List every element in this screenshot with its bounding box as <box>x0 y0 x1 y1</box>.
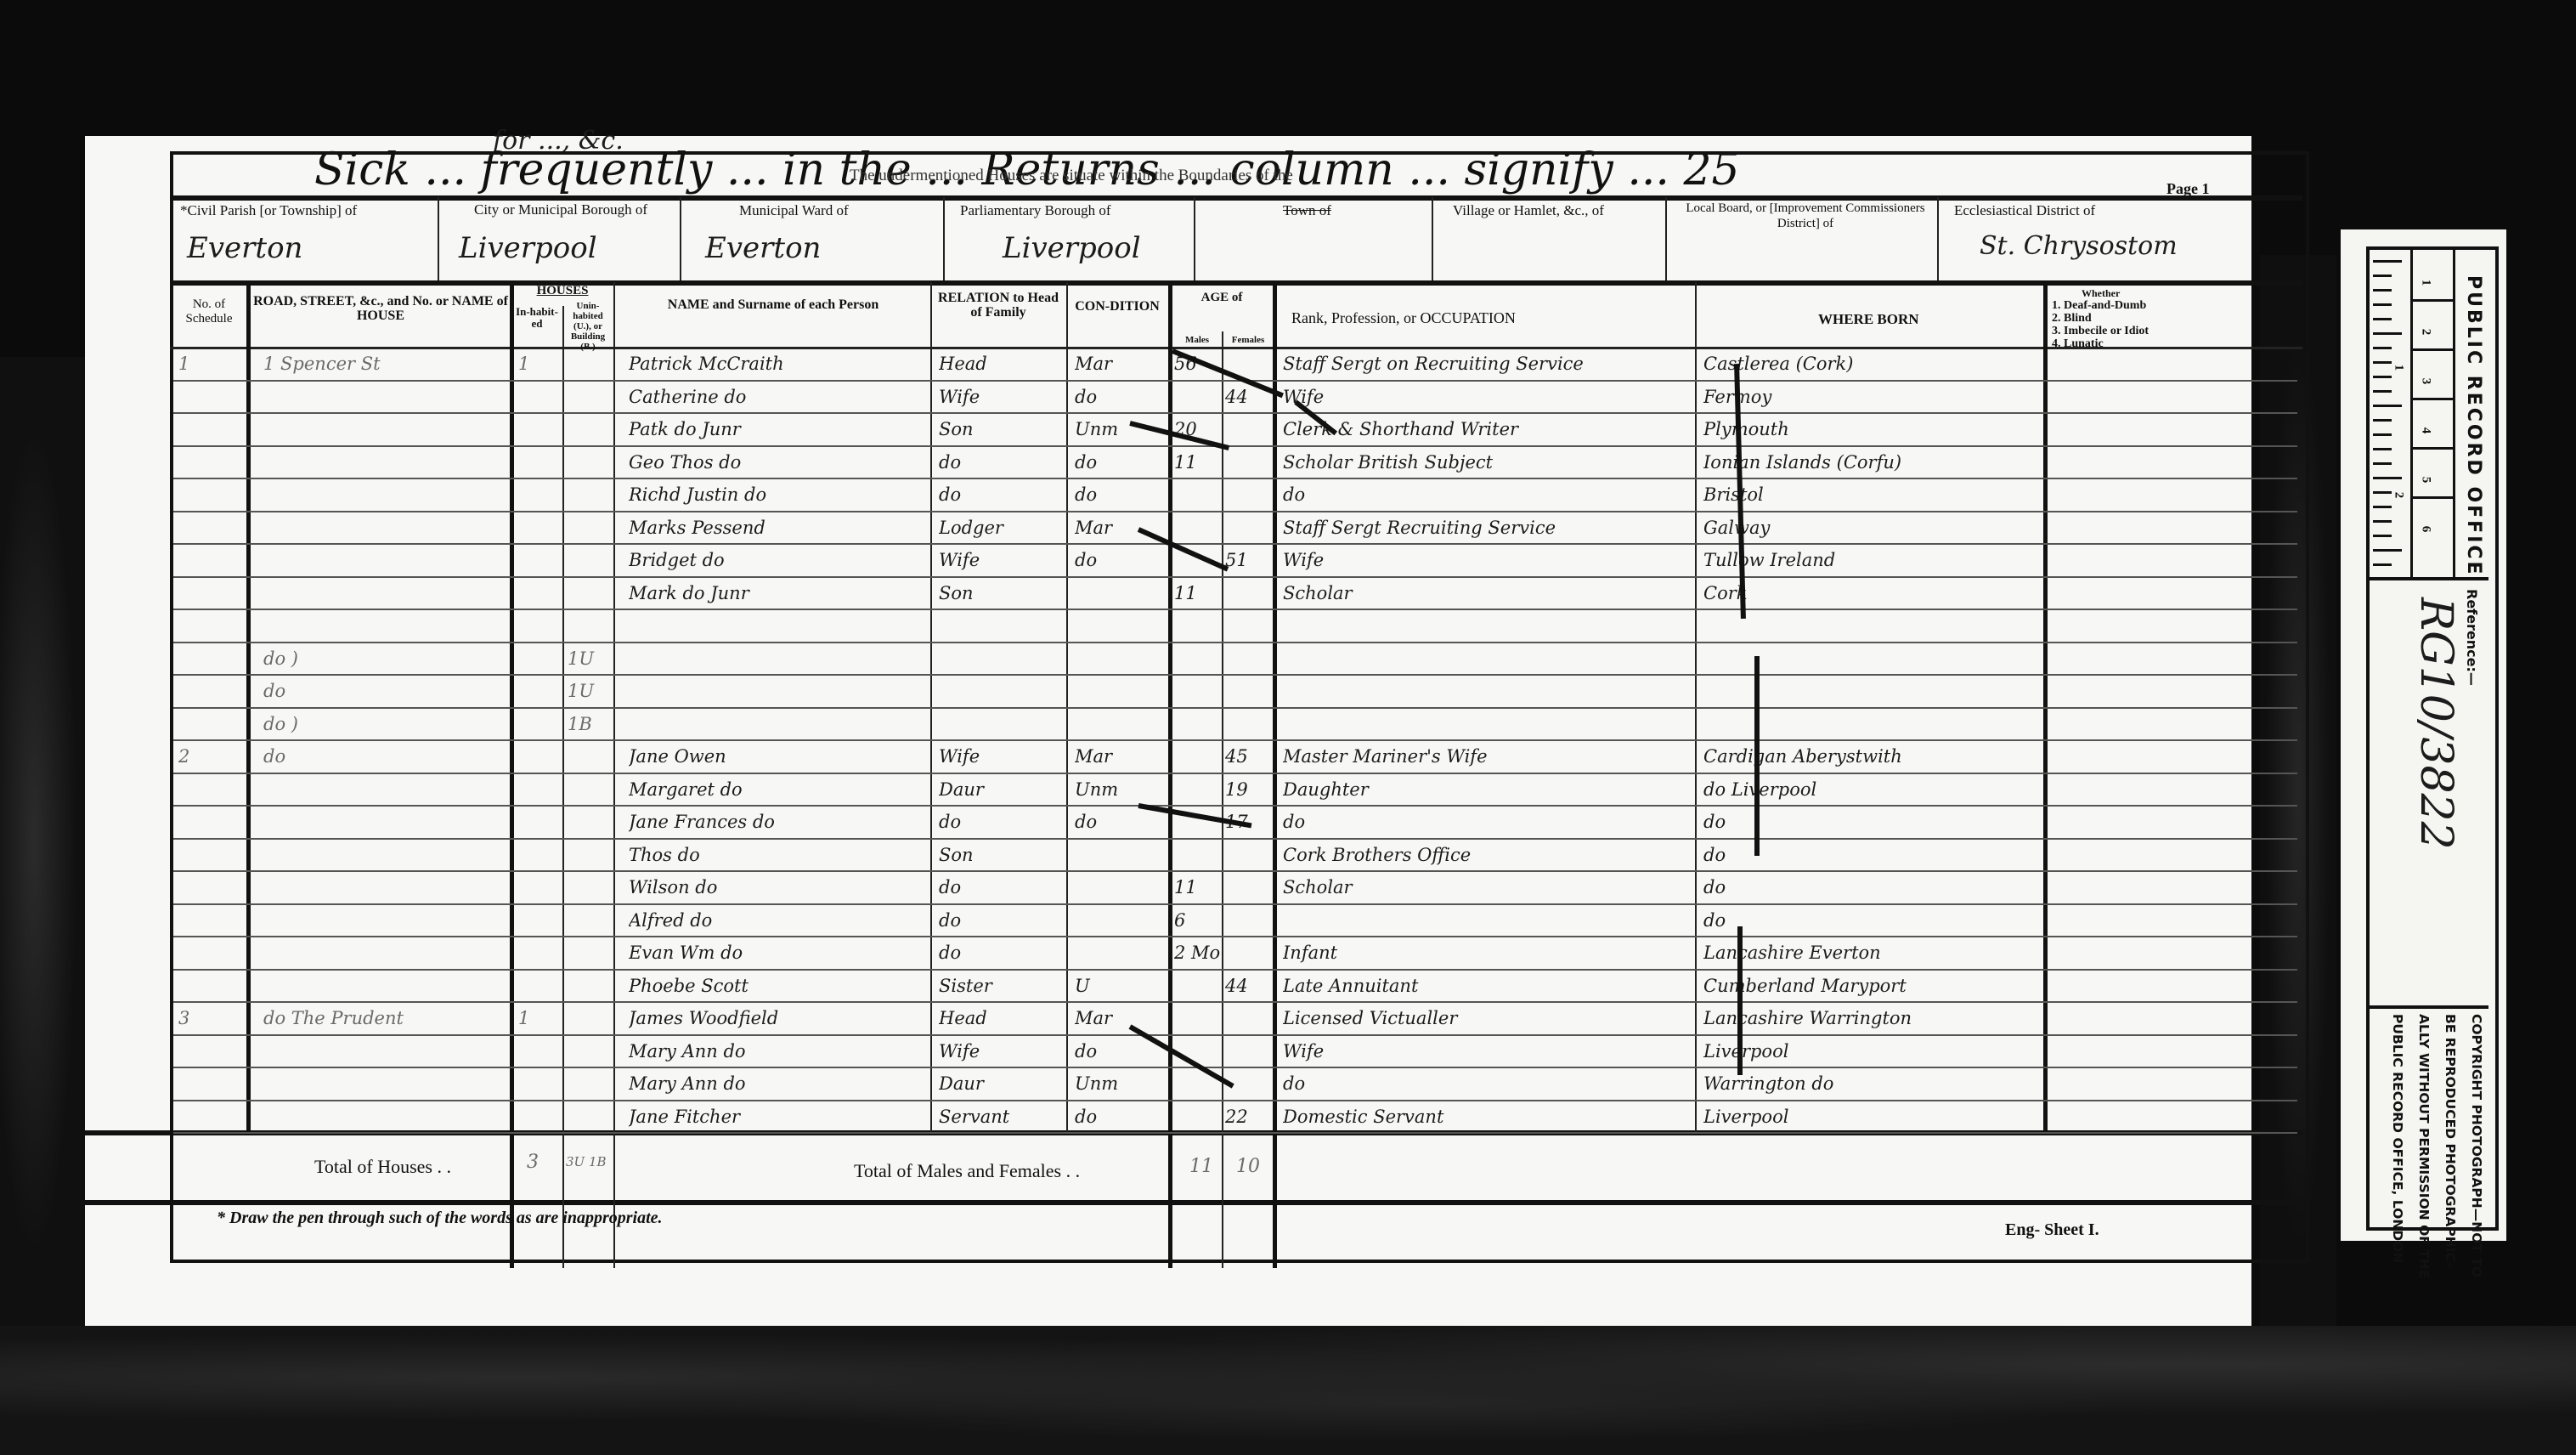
cell-condition: Mar <box>1075 354 1164 374</box>
row-rule <box>173 1067 2297 1068</box>
row-rule <box>173 903 2297 905</box>
location-label-borough: City or Municipal Borough of <box>450 202 671 218</box>
cell-female: 22 <box>1225 1107 1271 1127</box>
cell-occupation: Cork Brothers Office <box>1283 845 1691 865</box>
ruler-tick <box>2373 477 2402 479</box>
cell-inhabited: 1 <box>518 1008 559 1028</box>
cell-condition: do <box>1075 452 1164 473</box>
cell-relation: do <box>939 910 1062 931</box>
cell-occupation: Staff Sergt on Recruiting Service <box>1283 354 1691 374</box>
reference-value: RG10/3822 <box>2410 597 2461 850</box>
reference-strip-frame: 12345612 PUBLIC RECORD OFFICE Reference:… <box>2366 246 2499 1231</box>
location-label-ward: Municipal Ward of <box>739 202 849 219</box>
ruler-tick <box>2373 549 2402 552</box>
location-value-borough: Liverpool <box>459 231 597 265</box>
ruler-inch-label: 2 <box>2391 492 2405 499</box>
cell-condition: U <box>1075 976 1164 996</box>
cell-occupation: Staff Sergt Recruiting Service <box>1283 518 1691 538</box>
cell-born: Warrington do <box>1703 1073 2039 1094</box>
row-rule <box>173 707 2297 709</box>
ruler-tick <box>2373 520 2392 523</box>
col-header-condition: CON-DITION <box>1071 299 1164 314</box>
cell-occupation: Licensed Victualler <box>1283 1008 1691 1028</box>
row-rule <box>173 1132 2297 1134</box>
ruler-tick <box>2373 462 2392 465</box>
cell-occupation: Clerk & Shorthand Writer <box>1283 419 1691 439</box>
cell-born: do <box>1703 910 2039 931</box>
ruler-cm-mark <box>2412 447 2453 450</box>
cell-occupation: do <box>1283 1073 1691 1094</box>
ruler-tick <box>2373 448 2392 450</box>
location-label-ecclesiastical: Ecclesiastical District of <box>1954 202 2095 219</box>
copyright-box: COPYRIGHT PHOTOGRAPH—NOT TO BE REPRODUCE… <box>2370 1009 2488 1227</box>
cell-inhabited: 1 <box>518 354 559 374</box>
cell-relation: do <box>939 877 1062 897</box>
row-rule <box>173 642 2297 643</box>
ruler-cm-mark <box>2412 496 2453 499</box>
total-persons-label: Total of Males and Females . . <box>854 1160 1080 1182</box>
rule <box>1665 197 1667 280</box>
cell-name: Mary Ann do <box>629 1073 926 1094</box>
cell-occupation: Wife <box>1283 550 1691 570</box>
rule <box>1194 197 1195 280</box>
rule <box>943 197 945 280</box>
ruler-tick <box>2373 535 2392 537</box>
ruler-cm-label: 3 <box>2418 378 2432 385</box>
ruler-tick <box>2373 563 2392 566</box>
cell-female: 51 <box>1225 550 1271 570</box>
col-header-whether: Whether <box>2082 287 2120 300</box>
cell-male: 11 <box>1174 877 1220 897</box>
col-header-relation: RELATION to Head of Family <box>935 291 1062 320</box>
rule <box>170 280 2302 286</box>
cell-uninhabited: 1U <box>568 681 612 701</box>
rule <box>1273 282 1277 1268</box>
whether-item-1: 1. Deaf-and-Dumb <box>2052 299 2146 312</box>
ruler-tick <box>2373 289 2392 292</box>
cell-occupation: Wife <box>1283 387 1691 407</box>
cell-condition: Unm <box>1075 779 1164 800</box>
ruler-tick <box>2373 347 2392 349</box>
location-value-parish: Everton <box>187 231 302 265</box>
rule <box>1937 197 1939 280</box>
cell-condition: Mar <box>1075 746 1164 767</box>
ruler-tick <box>2373 318 2392 320</box>
ruler-cm-mark <box>2412 398 2453 400</box>
cell-relation: Daur <box>939 779 1062 800</box>
cell-name: Thos do <box>629 845 926 865</box>
location-label-town: Town of <box>1283 202 1331 219</box>
cell-condition: do <box>1075 1107 1164 1127</box>
total-houses-uninhabited: 3U 1B <box>566 1154 607 1169</box>
cell-name: Jane Frances do <box>629 812 926 832</box>
cell-occupation: Infant <box>1283 943 1691 963</box>
cell-relation: Lodger <box>939 518 1062 538</box>
col-header-age: AGE of <box>1174 291 1269 305</box>
location-value-parliamentary: Liverpool <box>1003 231 1141 265</box>
cell-relation: Daur <box>939 1073 1062 1094</box>
reference-strip: 12345612 PUBLIC RECORD OFFICE Reference:… <box>2341 229 2506 1241</box>
ruler-tick <box>2373 332 2402 335</box>
row-rule <box>173 805 2297 807</box>
cell-occupation: Late Annuitant <box>1283 976 1691 996</box>
col-header-inhabited: In-habit-ed <box>513 306 561 330</box>
col-header-name: NAME and Surname of each Person <box>629 297 918 312</box>
ruler-cm-label: 5 <box>2418 477 2432 484</box>
cell-road: do ) <box>263 714 506 734</box>
cell-born: Cork <box>1703 583 2039 603</box>
cell-occupation: Domestic Servant <box>1283 1107 1691 1127</box>
row-rule <box>173 478 2297 479</box>
cell-born: Galway <box>1703 518 2039 538</box>
reference-box: Reference:— RG10/3822 <box>2370 580 2488 1009</box>
ruler-tick <box>2373 405 2402 407</box>
cell-born: Lancashire Everton <box>1703 943 2039 963</box>
cell-condition: do <box>1075 484 1164 505</box>
row-rule <box>173 445 2297 447</box>
cell-road: do ) <box>263 648 506 669</box>
location-value-ecclesiastical: St. Chrysostom <box>1980 231 2178 261</box>
row-rule <box>173 838 2297 840</box>
row-rule <box>173 870 2297 872</box>
cell-female: 19 <box>1225 779 1271 800</box>
copyright-line-1: COPYRIGHT PHOTOGRAPH—NOT TO <box>2469 1014 2484 1277</box>
ruler-tick <box>2373 506 2392 508</box>
copyright-line-2: BE REPRODUCED PHOTOGRAPHIC- <box>2443 1014 2458 1268</box>
cell-male: 11 <box>1174 583 1220 603</box>
row-rule <box>173 739 2297 741</box>
rule <box>85 1200 2302 1205</box>
ruler-cm-label: 6 <box>2418 526 2432 533</box>
cell-condition: do <box>1075 550 1164 570</box>
col-header-males: Males <box>1172 333 1222 348</box>
cell-born: Liverpool <box>1703 1041 2039 1062</box>
col-header-where-born: WHERE BORN <box>1818 311 1919 328</box>
cell-name: Wilson do <box>629 877 926 897</box>
ruler-tick <box>2373 419 2392 422</box>
location-label-local-board: Local Board, or [Improvement Commissione… <box>1682 201 1929 231</box>
cell-occupation: Master Mariner's Wife <box>1283 746 1691 767</box>
row-rule <box>173 1100 2297 1101</box>
cell-relation: Son <box>939 419 1062 439</box>
rule <box>1222 331 1223 1268</box>
row-rule <box>173 1001 2297 1003</box>
whether-item-2: 2. Blind <box>2052 312 2092 325</box>
cell-occupation: do <box>1283 484 1691 505</box>
row-rule <box>173 412 2297 414</box>
cell-relation: Sister <box>939 976 1062 996</box>
background-texture-left <box>0 357 85 1326</box>
cell-relation: Head <box>939 354 1062 374</box>
cell-born: Cumberland Maryport <box>1703 976 2039 996</box>
ruler-divider <box>2453 250 2455 577</box>
cell-road: do The Prudent <box>263 1008 506 1028</box>
col-header-females: Females <box>1223 333 1273 348</box>
ruler-inch-label: 1 <box>2391 365 2405 371</box>
copyright-line-4: PUBLIC RECORD OFFICE, LONDON <box>2390 1014 2405 1263</box>
cell-relation: Wife <box>939 550 1062 570</box>
cell-name: James Woodfield <box>629 1008 926 1028</box>
census-sheet: for ..., &c. Sick ... frequently ... in … <box>85 136 2251 1326</box>
reference-label: Reference:— <box>2464 589 2480 686</box>
cell-relation: do <box>939 484 1062 505</box>
ruler: 12345612 PUBLIC RECORD OFFICE <box>2370 250 2488 580</box>
cell-name: Mark do Junr <box>629 583 926 603</box>
background-texture <box>0 1326 2576 1455</box>
location-label-parliamentary: Parliamentary Borough of <box>960 202 1111 219</box>
ruler-tick <box>2373 303 2392 306</box>
cell-relation: Servant <box>939 1107 1062 1127</box>
cell-born: Castlerea (Cork) <box>1703 354 2039 374</box>
row-rule <box>173 609 2297 610</box>
cell-name: Richd Justin do <box>629 484 926 505</box>
cell-name: Patrick McCraith <box>629 354 926 374</box>
cell-occupation: Scholar British Subject <box>1283 452 1691 473</box>
cell-condition: Unm <box>1075 1073 1164 1094</box>
cell-occupation: Scholar <box>1283 583 1691 603</box>
cell-name: Evan Wm do <box>629 943 926 963</box>
cell-condition: Mar <box>1075 1008 1164 1028</box>
cell-condition: do <box>1075 1041 1164 1062</box>
cell-born: Lancashire Warrington <box>1703 1008 2039 1028</box>
cell-relation: Son <box>939 845 1062 865</box>
cell-relation: do <box>939 943 1062 963</box>
cell-relation: Wife <box>939 1041 1062 1062</box>
ruler-cm-label: 4 <box>2418 427 2432 434</box>
cell-occupation: Scholar <box>1283 877 1691 897</box>
whether-item-4: 4. Lunatic <box>2052 337 2104 350</box>
cell-schedule: 2 <box>178 746 242 767</box>
row-rule <box>173 511 2297 512</box>
col-header-road: ROAD, STREET, &c., and No. or NAME of HO… <box>253 294 508 323</box>
cell-occupation: Wife <box>1283 1041 1691 1062</box>
cell-born: Bristol <box>1703 484 2039 505</box>
cell-condition: do <box>1075 387 1164 407</box>
cell-male: 2 Mo <box>1174 943 1220 963</box>
row-rule <box>173 674 2297 676</box>
copyright-line-3: ALLY WITHOUT PERMISSION OF THE <box>2416 1014 2432 1278</box>
sheet-label: Eng- Sheet I. <box>2005 1220 2099 1240</box>
ruler-cm-label: 2 <box>2418 329 2432 336</box>
row-rule <box>173 543 2297 545</box>
ruler-tick <box>2373 260 2402 263</box>
cell-born: Ionian Islands (Corfu) <box>1703 452 2039 473</box>
rule <box>170 195 2302 201</box>
cell-name: Phoebe Scott <box>629 976 926 996</box>
cell-occupation: do <box>1283 812 1691 832</box>
rule <box>613 282 615 1268</box>
ruler-tick <box>2373 390 2392 393</box>
ruler-cm-mark <box>2412 348 2453 351</box>
row-rule <box>173 936 2297 937</box>
cell-name: Jane Fitcher <box>629 1107 926 1127</box>
ruler-tick <box>2373 275 2392 277</box>
cell-name: Marks Pessend <box>629 518 926 538</box>
whether-item-3: 3. Imbecile or Idiot <box>2052 325 2149 337</box>
rule <box>1432 197 1433 280</box>
row-rule <box>173 380 2297 382</box>
cell-name: Catherine do <box>629 387 926 407</box>
rule <box>562 306 564 1268</box>
cell-uninhabited: 1U <box>568 648 612 669</box>
row-rule <box>173 576 2297 578</box>
rule <box>510 282 514 1268</box>
ruler-tick <box>2373 433 2392 436</box>
cell-condition: do <box>1075 812 1164 832</box>
cell-born: Fermoy <box>1703 387 2039 407</box>
cell-male: 6 <box>1174 910 1220 931</box>
location-label-village: Village or Hamlet, &c., of <box>1453 202 1604 219</box>
cell-road: do <box>263 746 506 767</box>
cell-name: Mary Ann do <box>629 1041 926 1062</box>
col-header-houses: HOUSES <box>513 284 612 298</box>
cell-schedule: 3 <box>178 1008 242 1028</box>
ruler-tick <box>2373 361 2392 364</box>
row-rule <box>173 969 2297 971</box>
cell-female: 45 <box>1225 746 1271 767</box>
total-males: 11 <box>1189 1156 1213 1177</box>
ruler-cm-mark <box>2412 299 2453 302</box>
cell-relation: Head <box>939 1008 1062 1028</box>
ruler-tick <box>2373 376 2392 378</box>
cell-relation: Wife <box>939 387 1062 407</box>
cell-name: Geo Thos do <box>629 452 926 473</box>
cell-female: 44 <box>1225 976 1271 996</box>
location-value-ward: Everton <box>705 231 821 265</box>
cell-occupation: Daughter <box>1283 779 1691 800</box>
born-column-stroke <box>1754 656 1760 856</box>
cell-name: Alfred do <box>629 910 926 931</box>
col-header-occupation: Rank, Profession, or OCCUPATION <box>1291 309 1516 327</box>
cell-relation: Son <box>939 583 1062 603</box>
cell-road: 1 Spencer St <box>263 354 506 374</box>
cell-name: Patk do Junr <box>629 419 926 439</box>
rule <box>680 197 681 280</box>
cell-male: 11 <box>1174 452 1220 473</box>
ruler-tick <box>2373 491 2392 494</box>
born-column-stroke <box>1737 926 1743 1075</box>
cell-road: do <box>263 681 506 701</box>
cell-name: Jane Owen <box>629 746 926 767</box>
footnote: * Draw the pen through such of the words… <box>217 1209 663 1228</box>
cell-name: Bridget do <box>629 550 926 570</box>
col-header-schedule: No. of Schedule <box>173 297 245 326</box>
cell-relation: do <box>939 452 1062 473</box>
cell-relation: do <box>939 812 1062 832</box>
cell-uninhabited: 1B <box>568 714 612 734</box>
cell-name: Margaret do <box>629 779 926 800</box>
rule <box>438 197 439 280</box>
cell-born: Liverpool <box>1703 1107 2039 1127</box>
location-label-parish: *Civil Parish [or Township] of <box>180 202 357 219</box>
total-houses-inhabited: 3 <box>527 1152 539 1173</box>
cell-born: do <box>1703 877 2039 897</box>
cell-born: Plymouth <box>1703 419 2039 439</box>
col-header-uninhabited: Unin-habited (U.), or Building (B.) <box>564 301 612 352</box>
row-rule <box>173 773 2297 774</box>
total-houses-label: Total of Houses . . <box>314 1156 451 1178</box>
total-females: 10 <box>1236 1156 1260 1177</box>
cell-born: Tullow Ireland <box>1703 550 2039 570</box>
cell-schedule: 1 <box>178 354 242 374</box>
pro-title: PUBLIC RECORD OFFICE <box>2463 275 2484 577</box>
ruler-cm-label: 1 <box>2418 280 2432 286</box>
cell-relation: Wife <box>939 746 1062 767</box>
row-rule <box>173 1034 2297 1036</box>
